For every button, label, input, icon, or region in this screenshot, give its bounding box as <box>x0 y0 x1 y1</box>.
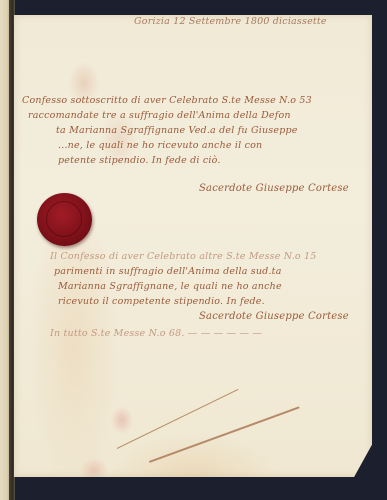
total-line: In tutto S.te Messe N.o 68. — — — — — — <box>50 328 262 339</box>
wax-seal <box>37 193 92 246</box>
pen-stroke-2 <box>149 406 300 462</box>
receipt-1-line-3: ta Marianna Sgraffignane Ved.a del fu Gi… <box>56 125 298 136</box>
seal-emblem-icon <box>46 201 82 237</box>
document-sheet: Gorizia 12 Settembre 1800 diciassette Co… <box>14 15 372 477</box>
receipt-2-line-2: parimenti in suffragio dell'Anima della … <box>54 266 282 277</box>
receipt-1-line-1: Confesso sottoscritto di aver Celebrato … <box>22 95 312 106</box>
receipt-1-line-5: petente stipendio. In fede di ciò. <box>58 155 221 166</box>
receipt-1-line-4: ...ne, le quali ne ho ricevuto anche il … <box>58 140 262 151</box>
receipt-1-line-2: raccomandate tre a suffragio dell'Anima … <box>28 110 291 121</box>
receipt-1-signature: Sacerdote Giuseppe Cortese <box>199 183 349 194</box>
date-line: Gorizia 12 Settembre 1800 diciassette <box>134 16 327 27</box>
receipt-2-line-1: Il Confesso di aver Celebrato altre S.te… <box>50 251 317 262</box>
folded-corner <box>359 470 386 492</box>
receipt-2-line-3: Marianna Sgraffignane, le quali ne ho an… <box>58 281 282 292</box>
receipt-2-signature: Sacerdote Giuseppe Cortese <box>199 311 349 322</box>
receipt-2-line-4: ricevuto il competente stipendio. In fed… <box>58 296 265 307</box>
pen-stroke-1 <box>117 389 239 449</box>
